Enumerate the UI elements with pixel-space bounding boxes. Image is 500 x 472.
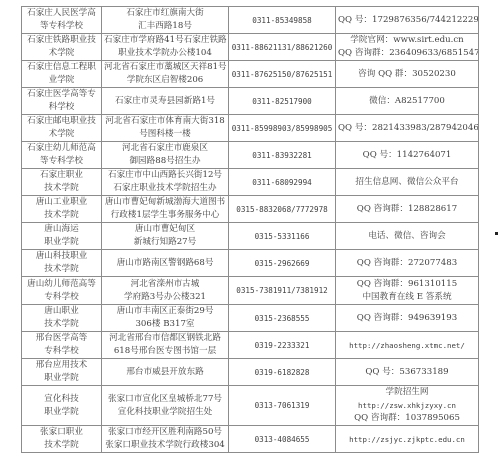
school-name-cell: 石家庄铁路职业技术学院 bbox=[22, 34, 102, 61]
table-row: 张家口职业技术学院张家口市经开区胜利南路50号张家口职业技术学院行政楼30403… bbox=[22, 426, 479, 453]
contact-method-cell: 学院招生网http://zsw.xhkjzyxy.cnQQ 咨询群：103789… bbox=[336, 386, 479, 426]
contact-method-cell: http://zhaosheng.xtmc.net/ bbox=[336, 332, 479, 359]
address-cell-line: 行政楼1层学生事务服务中心 bbox=[104, 209, 226, 222]
contact-method-cell-line: QQ 咨询群：236409633/685154741 bbox=[338, 47, 476, 60]
school-name-cell-line: 技术学院 bbox=[24, 182, 99, 195]
address-cell: 河北省石家庄市藁城区天祥81号学院东区启智楼206 bbox=[102, 61, 229, 88]
contact-method-cell-line: QQ 号：2821433983/2879420469 bbox=[338, 122, 476, 135]
contact-method-cell-line: QQ 咨询群：1037895065 bbox=[338, 412, 476, 425]
phone-cell: 0319-6182828 bbox=[229, 359, 336, 386]
contact-method-cell-line: 咨询 QQ 群：30520230 bbox=[338, 68, 476, 81]
school-name-cell: 邢台医学高等专科学校 bbox=[22, 332, 102, 359]
school-name-cell-line: 唐山海运 bbox=[24, 223, 99, 236]
address-cell-line: 宣化科技职业学院招生处 bbox=[104, 406, 226, 419]
contact-method-cell-line: QQ 号：1729876356/744212229 bbox=[338, 14, 476, 27]
address-cell-line: 618号邢台医专图书馆一层 bbox=[104, 345, 226, 358]
school-name-cell-line: 等专科学校 bbox=[24, 155, 99, 168]
school-name-cell-line: 石家庄职业 bbox=[24, 169, 99, 182]
phone-cell: 0315-8832068/7772978 bbox=[229, 196, 336, 223]
phone-cell: 0315-2368555 bbox=[229, 305, 336, 332]
table-row: 石家庄幼儿师范高等专科学校河北省石家庄市鹿泉区御园路88号招生办0311-839… bbox=[22, 142, 479, 169]
contact-method-cell: QQ 咨询群：272077483 bbox=[336, 250, 479, 277]
phone-cell: 0311-85998903/85998905 bbox=[229, 115, 336, 142]
address-cell: 石家庄市灵寿县园新路1号 bbox=[102, 88, 229, 115]
table-row: 唐山海运职业学院唐山市曹妃甸区新城行知路27号0315-5331166电话、微信… bbox=[22, 223, 479, 250]
contact-method-cell-line: QQ 号：1142764071 bbox=[338, 149, 476, 162]
contact-method-cell-line: 微信：A82517700 bbox=[338, 95, 476, 108]
contact-method-cell-line: http://zsjyc.zjkptc.edu.cn bbox=[338, 433, 476, 446]
school-name-cell: 唐山科技职业技术学院 bbox=[22, 250, 102, 277]
address-cell-line: 邢台市威县开放东路 bbox=[104, 366, 226, 379]
school-name-cell: 唐山幼儿师范高等专科学校 bbox=[22, 277, 102, 305]
address-cell-line: 河北省石家庄市藁城区天祥81号 bbox=[104, 61, 226, 74]
phone-cell: 0313-7061319 bbox=[229, 386, 336, 426]
address-cell: 石家庄市中山西路长兴街12号石家庄职业技术学院招生办 bbox=[102, 169, 229, 196]
address-cell-line: 御园路88号招生办 bbox=[104, 155, 226, 168]
address-cell: 河北省石家庄市鹿泉区御园路88号招生办 bbox=[102, 142, 229, 169]
school-name-cell-line: 专科学校 bbox=[24, 345, 99, 358]
phone-cell: 0315-7381911/7381912 bbox=[229, 277, 336, 305]
school-name-cell: 石家庄职业技术学院 bbox=[22, 169, 102, 196]
address-cell-line: 张家口职业技术学院行政楼304 bbox=[104, 439, 226, 452]
phone-cell: 0313-4084655 bbox=[229, 426, 336, 453]
table-row: 唐山科技职业技术学院唐山市路南区警钢路68号0315-2962669QQ 咨询群… bbox=[22, 250, 479, 277]
school-name-cell-line: 专科学校 bbox=[24, 291, 99, 304]
table-row: 唐山幼儿师范高等专科学校河北省滦州市古城学府路3号办公楼3210315-7381… bbox=[22, 277, 479, 305]
phone-cell: 0315-2962669 bbox=[229, 250, 336, 277]
school-name-cell-line: 唐山科技职业 bbox=[24, 250, 99, 263]
address-cell: 河北省滦州市古城学府路3号办公楼321 bbox=[102, 277, 229, 305]
school-name-cell-line: 术学院 bbox=[24, 47, 99, 60]
address-cell-line: 河北省石家庄市鹿泉区 bbox=[104, 142, 226, 155]
address-cell-line: 职业技术学院办公楼104 bbox=[104, 47, 226, 60]
address-cell-line: 河北省石家庄市体育南大街318 bbox=[104, 115, 226, 128]
contact-method-cell: 电话、微信、咨询会 bbox=[336, 223, 479, 250]
address-cell-line: 张家口市宣化区皇城桥北77号 bbox=[104, 393, 226, 406]
table-row: 石家庄医学高等专科学校石家庄市灵寿县园新路1号0311-82517900微信：A… bbox=[22, 88, 479, 115]
admissions-contact-table-document: 石家庄人民医学高等专科学校石家庄市红旗南大街汇丰西路18号0311-853498… bbox=[21, 6, 479, 453]
contact-method-cell: QQ 号：2821433983/2879420469 bbox=[336, 115, 479, 142]
address-cell: 唐山市曹妃甸新城渤海大道图书行政楼1层学生事务服务中心 bbox=[102, 196, 229, 223]
address-cell: 石家庄市红旗南大街汇丰西路18号 bbox=[102, 7, 229, 34]
address-cell: 河北省石家庄市体育南大街318号图科楼一楼 bbox=[102, 115, 229, 142]
school-name-cell-line: 技术学院 bbox=[24, 318, 99, 331]
table-row: 唐山职业技术学院唐山市丰南区正泰街29号306楼 B317室0315-23685… bbox=[22, 305, 479, 332]
table-row: 石家庄人民医学高等专科学校石家庄市红旗南大街汇丰西路18号0311-853498… bbox=[22, 7, 479, 34]
school-name-cell: 宣化科技职业学院 bbox=[22, 386, 102, 426]
contact-method-cell: 招生信息网、微信公众平台 bbox=[336, 169, 479, 196]
school-name-cell: 石家庄信息工程职业学院 bbox=[22, 61, 102, 88]
address-cell-line: 石家庄市学府路41号石家庄铁路 bbox=[104, 34, 226, 47]
contact-method-cell-line: QQ 咨询群：272077483 bbox=[338, 257, 476, 270]
address-cell-line: 唐山市曹妃甸区 bbox=[104, 223, 226, 236]
address-cell: 河北省邢台市信都区钢铁北路618号邢台医专图书馆一层 bbox=[102, 332, 229, 359]
contact-method-cell-line: 学院招生网 bbox=[338, 386, 476, 399]
school-name-cell-line: 职业学院 bbox=[24, 372, 99, 385]
school-name-cell: 邢台应用技术职业学院 bbox=[22, 359, 102, 386]
address-cell-line: 新城行知路27号 bbox=[104, 236, 226, 249]
school-name-cell-line: 邢台应用技术 bbox=[24, 359, 99, 372]
contact-method-cell: QQ 咨询群：961310115中国教育在线 E 答系统 bbox=[336, 277, 479, 305]
contact-method-cell: QQ 号：1142764071 bbox=[336, 142, 479, 169]
contact-method-cell-line: QQ 咨询群：961310115 bbox=[338, 278, 476, 291]
address-cell-line: 306楼 B317室 bbox=[104, 318, 226, 331]
address-cell-line: 河北省邢台市信都区钢铁北路 bbox=[104, 332, 226, 345]
school-name-cell: 唐山工业职业技术学院 bbox=[22, 196, 102, 223]
contact-method-cell-line: 中国教育在线 E 答系统 bbox=[338, 291, 476, 304]
school-name-cell-line: 技术学院 bbox=[24, 439, 99, 452]
address-cell: 张家口市宣化区皇城桥北77号宣化科技职业学院招生处 bbox=[102, 386, 229, 426]
address-cell-line: 学府路3号办公楼321 bbox=[104, 291, 226, 304]
contact-method-cell: http://zsjyc.zjkptc.edu.cn bbox=[336, 426, 479, 453]
phone-cell: 0311-82517900 bbox=[229, 88, 336, 115]
address-cell-line: 石家庄市灵寿县园新路1号 bbox=[104, 95, 226, 108]
school-name-cell-line: 职业学院 bbox=[24, 236, 99, 249]
address-cell: 唐山市曹妃甸区新城行知路27号 bbox=[102, 223, 229, 250]
table-row: 石家庄职业技术学院石家庄市中山西路长兴街12号石家庄职业技术学院招生办0311-… bbox=[22, 169, 479, 196]
contact-method-cell: 微信：A82517700 bbox=[336, 88, 479, 115]
school-name-cell-line: 张家口职业 bbox=[24, 426, 99, 439]
contact-method-cell-line: 招生信息网、微信公众平台 bbox=[338, 176, 476, 189]
contact-method-cell: QQ 号：536733189 bbox=[336, 359, 479, 386]
school-name-cell-line: 石家庄人民医学高 bbox=[24, 7, 99, 20]
address-cell: 张家口市经开区胜利南路50号张家口职业技术学院行政楼304 bbox=[102, 426, 229, 453]
phone-cell: 0311-68092994 bbox=[229, 169, 336, 196]
address-cell: 石家庄市学府路41号石家庄铁路职业技术学院办公楼104 bbox=[102, 34, 229, 61]
school-name-cell-line: 邢台医学高等 bbox=[24, 332, 99, 345]
address-cell-line: 石家庄市红旗南大街 bbox=[104, 7, 226, 20]
school-name-cell-line: 石家庄医学高等专 bbox=[24, 88, 99, 101]
table-row: 石家庄邮电职业技术学院河北省石家庄市体育南大街318号图科楼一楼0311-859… bbox=[22, 115, 479, 142]
school-name-cell: 石家庄幼儿师范高等专科学校 bbox=[22, 142, 102, 169]
contact-method-cell-line: QQ 号：536733189 bbox=[338, 366, 476, 379]
contact-method-cell-line: QQ 咨询群：128828617 bbox=[338, 203, 476, 216]
school-name-cell-line: 技术学院 bbox=[24, 209, 99, 222]
school-name-cell-line: 石家庄铁路职业技 bbox=[24, 34, 99, 47]
contact-method-cell: 学院官网：www.sirt.edu.cnQQ 咨询群：236409633/685… bbox=[336, 34, 479, 61]
address-cell-line: 唐山市路南区警钢路68号 bbox=[104, 257, 226, 270]
table-row: 宣化科技职业学院张家口市宣化区皇城桥北77号宣化科技职业学院招生处0313-70… bbox=[22, 386, 479, 426]
contact-method-cell: QQ 号：1729876356/744212229 bbox=[336, 7, 479, 34]
contact-method-cell: 咨询 QQ 群：30520230 bbox=[336, 61, 479, 88]
contact-method-cell-line: QQ 咨询群：949639193 bbox=[338, 312, 476, 325]
contact-method-cell: QQ 咨询群：128828617 bbox=[336, 196, 479, 223]
school-name-cell-line: 石家庄信息工程职 bbox=[24, 61, 99, 74]
school-name-cell-line: 职业学院 bbox=[24, 406, 99, 419]
phone-cell: 0319-2233321 bbox=[229, 332, 336, 359]
school-name-cell-line: 等专科学校 bbox=[24, 20, 99, 33]
school-name-cell: 唐山职业技术学院 bbox=[22, 305, 102, 332]
school-name-cell-line: 科学校 bbox=[24, 101, 99, 114]
stray-dot-mark bbox=[495, 232, 498, 235]
school-name-cell-line: 技术学院 bbox=[24, 263, 99, 276]
school-name-cell: 石家庄医学高等专科学校 bbox=[22, 88, 102, 115]
contact-method-cell-line: http://zhaosheng.xtmc.net/ bbox=[338, 339, 476, 352]
contact-method-cell-line: 学院官网：www.sirt.edu.cn bbox=[338, 34, 476, 47]
address-cell: 唐山市丰南区正泰街29号306楼 B317室 bbox=[102, 305, 229, 332]
address-cell-line: 号图科楼一楼 bbox=[104, 128, 226, 141]
table-row: 唐山工业职业技术学院唐山市曹妃甸新城渤海大道图书行政楼1层学生事务服务中心031… bbox=[22, 196, 479, 223]
phone-cell: 0311-87625150/87625151 bbox=[229, 61, 336, 88]
contact-method-cell-line: http://zsw.xhkjzyxy.cn bbox=[338, 399, 476, 412]
address-cell-line: 张家口市经开区胜利南路50号 bbox=[104, 426, 226, 439]
contact-method-cell: QQ 咨询群：949639193 bbox=[336, 305, 479, 332]
table-row: 石家庄信息工程职业学院河北省石家庄市藁城区天祥81号学院东区启智楼2060311… bbox=[22, 61, 479, 88]
phone-cell: 0311-83932281 bbox=[229, 142, 336, 169]
admissions-contact-table: 石家庄人民医学高等专科学校石家庄市红旗南大街汇丰西路18号0311-853498… bbox=[21, 6, 479, 453]
table-row: 邢台应用技术职业学院邢台市威县开放东路0319-6182828QQ 号：5367… bbox=[22, 359, 479, 386]
phone-cell: 0311-88621131/88621260 bbox=[229, 34, 336, 61]
phone-cell: 0315-5331166 bbox=[229, 223, 336, 250]
address-cell: 唐山市路南区警钢路68号 bbox=[102, 250, 229, 277]
address-cell-line: 唐山市曹妃甸新城渤海大道图书 bbox=[104, 196, 226, 209]
table-row: 石家庄铁路职业技术学院石家庄市学府路41号石家庄铁路职业技术学院办公楼10403… bbox=[22, 34, 479, 61]
school-name-cell-line: 石家庄幼儿师范高 bbox=[24, 142, 99, 155]
school-name-cell-line: 唐山职业 bbox=[24, 305, 99, 318]
address-cell-line: 学院东区启智楼206 bbox=[104, 74, 226, 87]
phone-cell: 0311-85349858 bbox=[229, 7, 336, 34]
school-name-cell: 石家庄人民医学高等专科学校 bbox=[22, 7, 102, 34]
school-name-cell-line: 业学院 bbox=[24, 74, 99, 87]
address-cell-line: 石家庄职业技术学院招生办 bbox=[104, 182, 226, 195]
school-name-cell: 石家庄邮电职业技术学院 bbox=[22, 115, 102, 142]
address-cell-line: 河北省滦州市古城 bbox=[104, 278, 226, 291]
contact-method-cell-line: 电话、微信、咨询会 bbox=[338, 230, 476, 243]
table-row: 邢台医学高等专科学校河北省邢台市信都区钢铁北路618号邢台医专图书馆一层0319… bbox=[22, 332, 479, 359]
school-name-cell-line: 唐山工业职业 bbox=[24, 196, 99, 209]
address-cell-line: 石家庄市中山西路长兴街12号 bbox=[104, 169, 226, 182]
school-name-cell: 唐山海运职业学院 bbox=[22, 223, 102, 250]
school-name-cell-line: 唐山幼儿师范高等 bbox=[24, 278, 99, 291]
address-cell-line: 汇丰西路18号 bbox=[104, 20, 226, 33]
address-cell: 邢台市威县开放东路 bbox=[102, 359, 229, 386]
school-name-cell-line: 术学院 bbox=[24, 128, 99, 141]
school-name-cell-line: 宣化科技 bbox=[24, 393, 99, 406]
school-name-cell-line: 石家庄邮电职业技 bbox=[24, 115, 99, 128]
address-cell-line: 唐山市丰南区正泰街29号 bbox=[104, 305, 226, 318]
school-name-cell: 张家口职业技术学院 bbox=[22, 426, 102, 453]
